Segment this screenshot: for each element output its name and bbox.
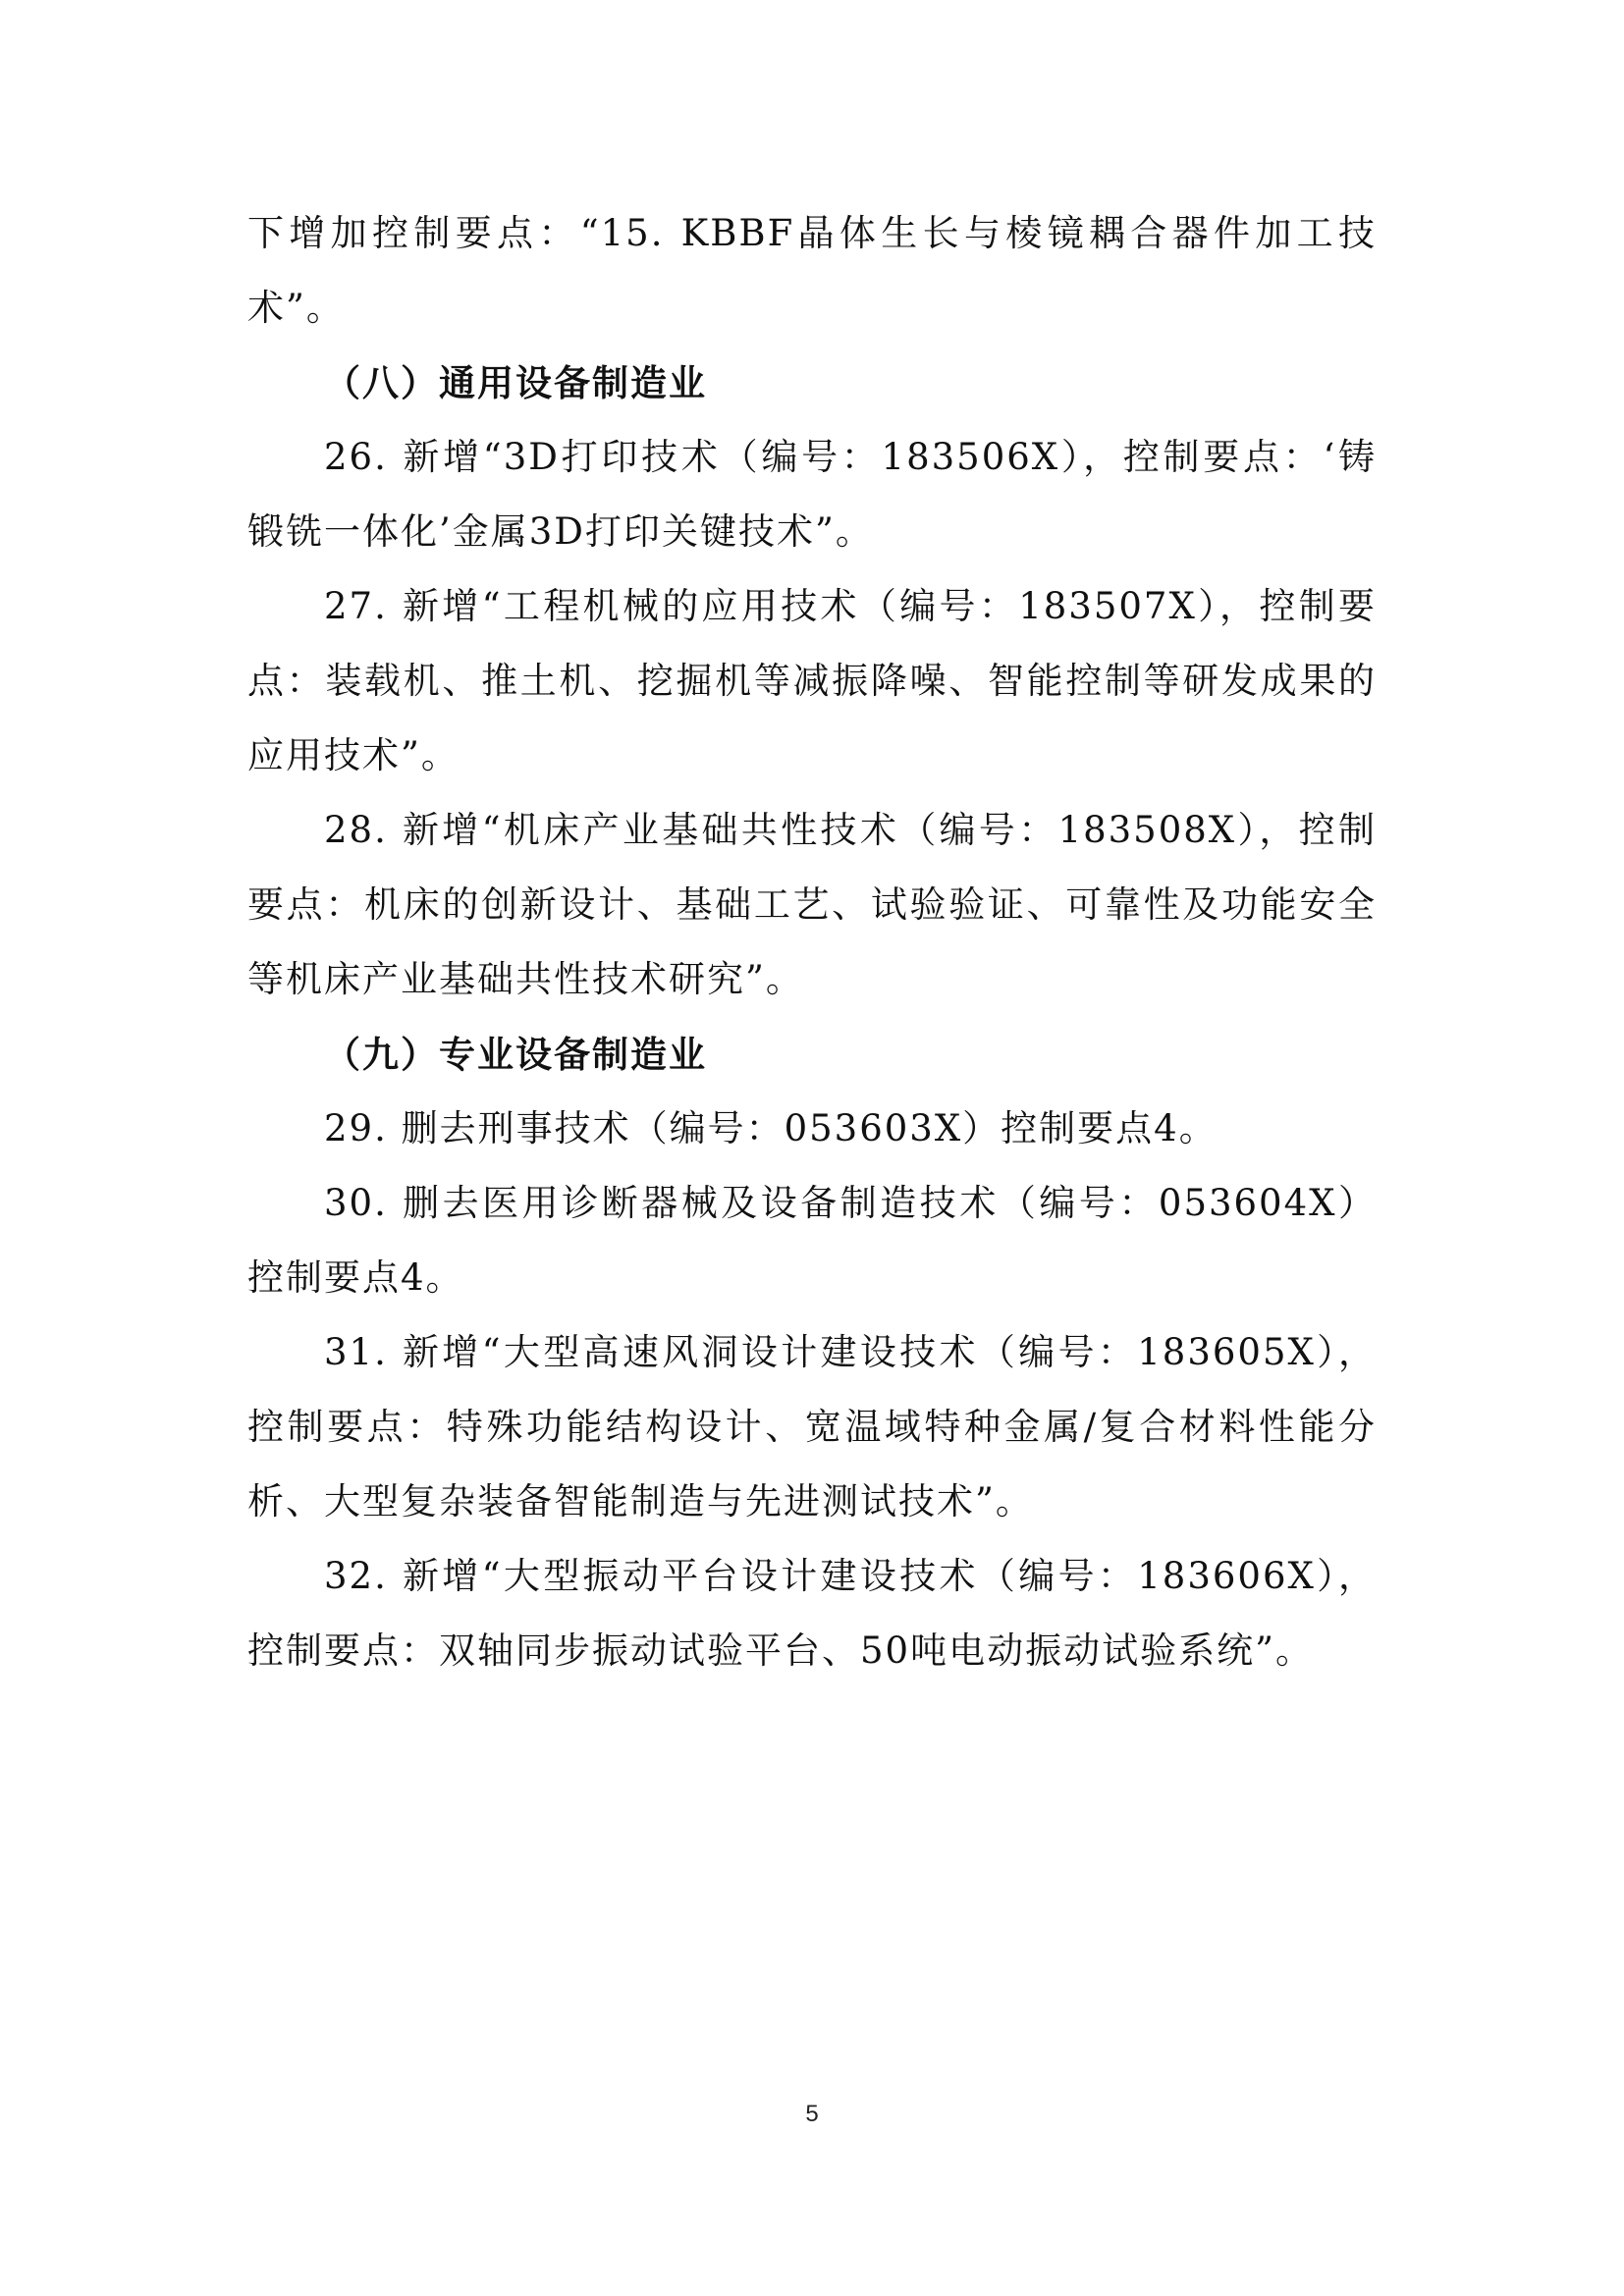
item-29-paragraph: 29. 删去刑事技术（编号：053603X）控制要点4。 bbox=[247, 1092, 1377, 1166]
document-body: 下增加控制要点：“15. KBBF晶体生长与棱镜耦合器件加工技术”。 （八）通用… bbox=[247, 196, 1377, 1688]
item-28-paragraph: 28. 新增“机床产业基础共性技术（编号：183508X），控制要点：机床的创新… bbox=[247, 793, 1377, 1017]
item-26-paragraph: 26. 新增“3D打印技术（编号：183506X），控制要点：‘铸锻铣一体化’金… bbox=[247, 420, 1377, 569]
section-heading-general-equipment: （八）通用设备制造业 bbox=[247, 346, 1377, 420]
section-heading-special-equipment: （九）专业设备制造业 bbox=[247, 1017, 1377, 1092]
page-number: 5 bbox=[0, 2101, 1624, 2128]
item-30-paragraph: 30. 删去医用诊断器械及设备制造技术（编号：053604X）控制要点4。 bbox=[247, 1166, 1377, 1315]
item-27-paragraph: 27. 新增“工程机械的应用技术（编号：183507X），控制要点：装载机、推土… bbox=[247, 569, 1377, 793]
item-32-paragraph: 32. 新增“大型振动平台设计建设技术（编号：183606X），控制要点：双轴同… bbox=[247, 1539, 1377, 1688]
item-31-paragraph: 31. 新增“大型高速风洞设计建设技术（编号：183605X），控制要点：特殊功… bbox=[247, 1315, 1377, 1539]
continuation-paragraph: 下增加控制要点：“15. KBBF晶体生长与棱镜耦合器件加工技术”。 bbox=[247, 196, 1377, 346]
